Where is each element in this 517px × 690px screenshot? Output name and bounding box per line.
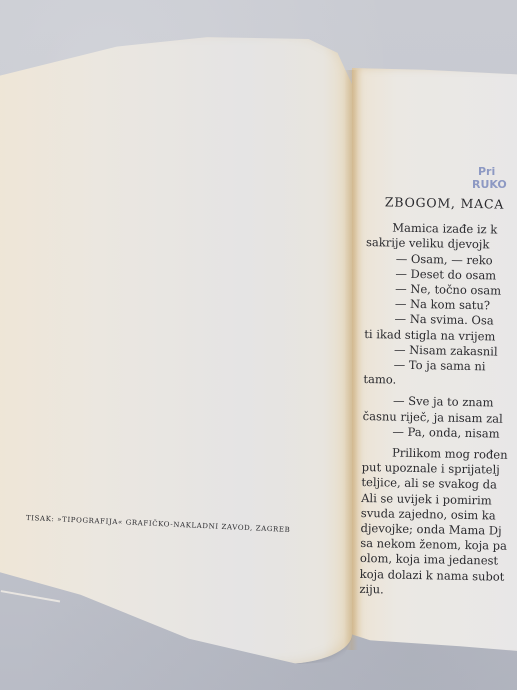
text-line: — Pa, onda, nisam — [362, 424, 517, 443]
text-lines: Mamica izađe iz ksakrije veliku djevojk—… — [359, 220, 517, 601]
left-page — [0, 34, 352, 664]
stamp-line-2: RUKO — [472, 178, 507, 191]
chapter-text: ZBOGOM, MACA Mamica izađe iz ksakrije ve… — [359, 194, 517, 601]
chapter-title: ZBOGOM, MACA — [385, 194, 517, 213]
book-gutter — [344, 70, 358, 650]
stamp-line-1: Pri — [478, 165, 507, 178]
library-stamp: Pri RUKO — [478, 165, 507, 191]
text-line: tamo. — [363, 372, 517, 391]
